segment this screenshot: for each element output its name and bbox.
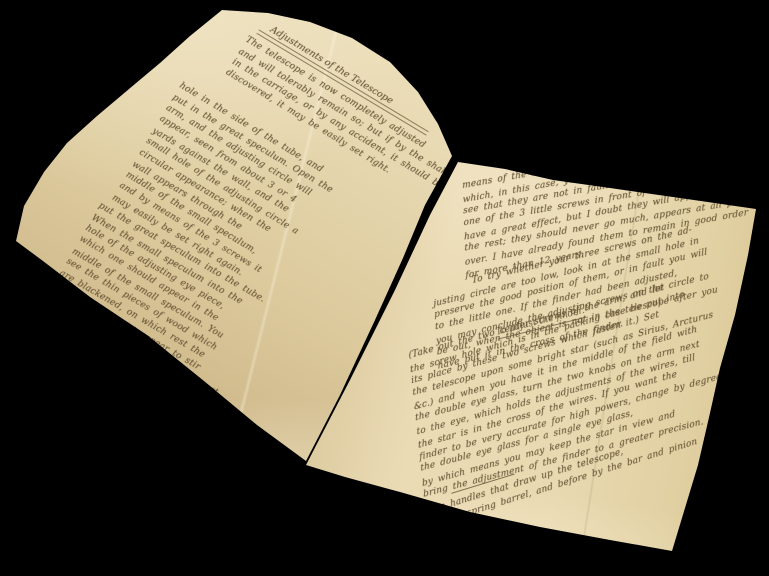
manuscript-line: means of the 3 screws in the adjusting c… xyxy=(462,127,762,192)
photo-background: Adjustments of the Telescope The telesco… xyxy=(0,0,769,576)
